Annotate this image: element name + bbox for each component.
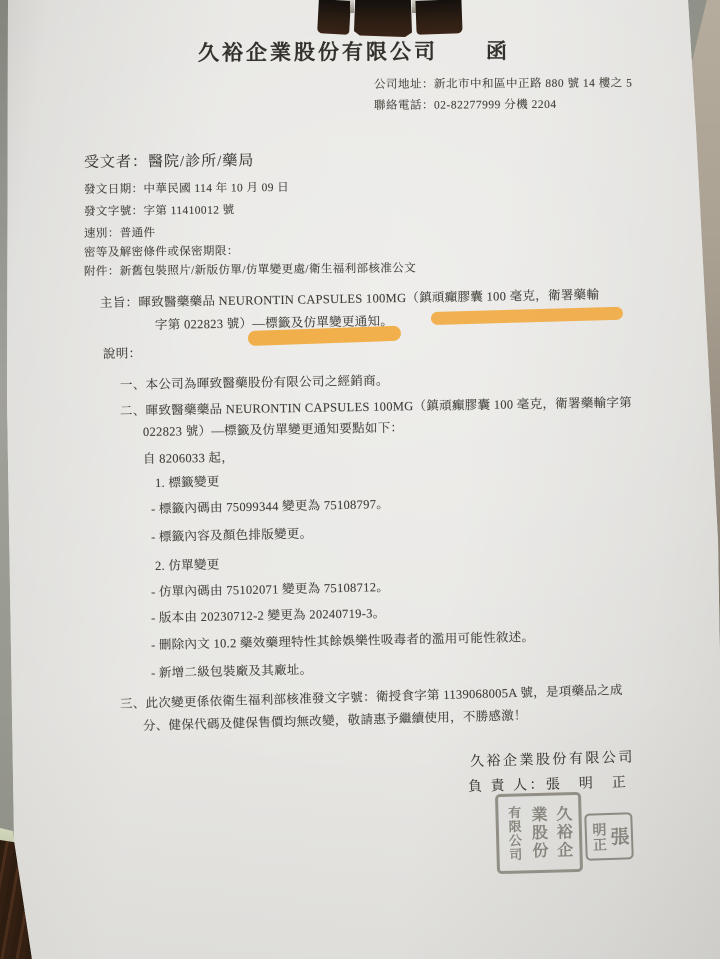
label-change-section-title: 1. 標籤變更 [155,475,220,492]
insert-change-section-title: 2. 仿單變更 [155,558,220,575]
binder-clip-left-arm [317,0,351,35]
binder-clip-right-arm [415,0,462,35]
name-seal-column: 明正 [590,822,605,852]
recipient-line: 受文者：醫院/診所/藥局 [84,152,255,173]
photo-of-document: 久裕企業股份有限公司 函 公司地址：新北市中和區中正路 880 號 14 樓之 … [0,0,720,959]
classification-line: 密等及解密條件或保密期限： [84,244,239,260]
company-seal-column: 業股份 [529,806,546,860]
name-seal-column: 張 [608,826,628,847]
company-address-line: 公司地址：新北市中和區中正路 880 號 14 樓之 5 [374,76,632,92]
reference-number-line: 發文字號：字第 11410012 號 [84,203,235,219]
company-letterhead-title: 久裕企業股份有限公司 函 [198,38,510,66]
issue-date-line: 發文日期：中華民國 114 年 10 月 09 日 [84,181,289,198]
binder-clip-metal-glint [350,0,354,13]
effective-from-line: 自 8206033 起， [143,450,234,467]
personal-name-seal-stamp: 張 明正 [584,812,634,861]
explanation-label: 說明： [103,346,142,362]
company-phone-line: 聯絡電話：02-82277999 分機 2204 [374,98,557,113]
company-seal-column: 久裕企 [554,805,571,859]
company-seal-column: 有限公司 [507,805,521,861]
company-seal-stamp: 久裕企 業股份 有限公司 [495,792,583,874]
delivery-speed-line: 速別：普通件 [84,226,156,241]
binder-clip-body [354,0,412,37]
